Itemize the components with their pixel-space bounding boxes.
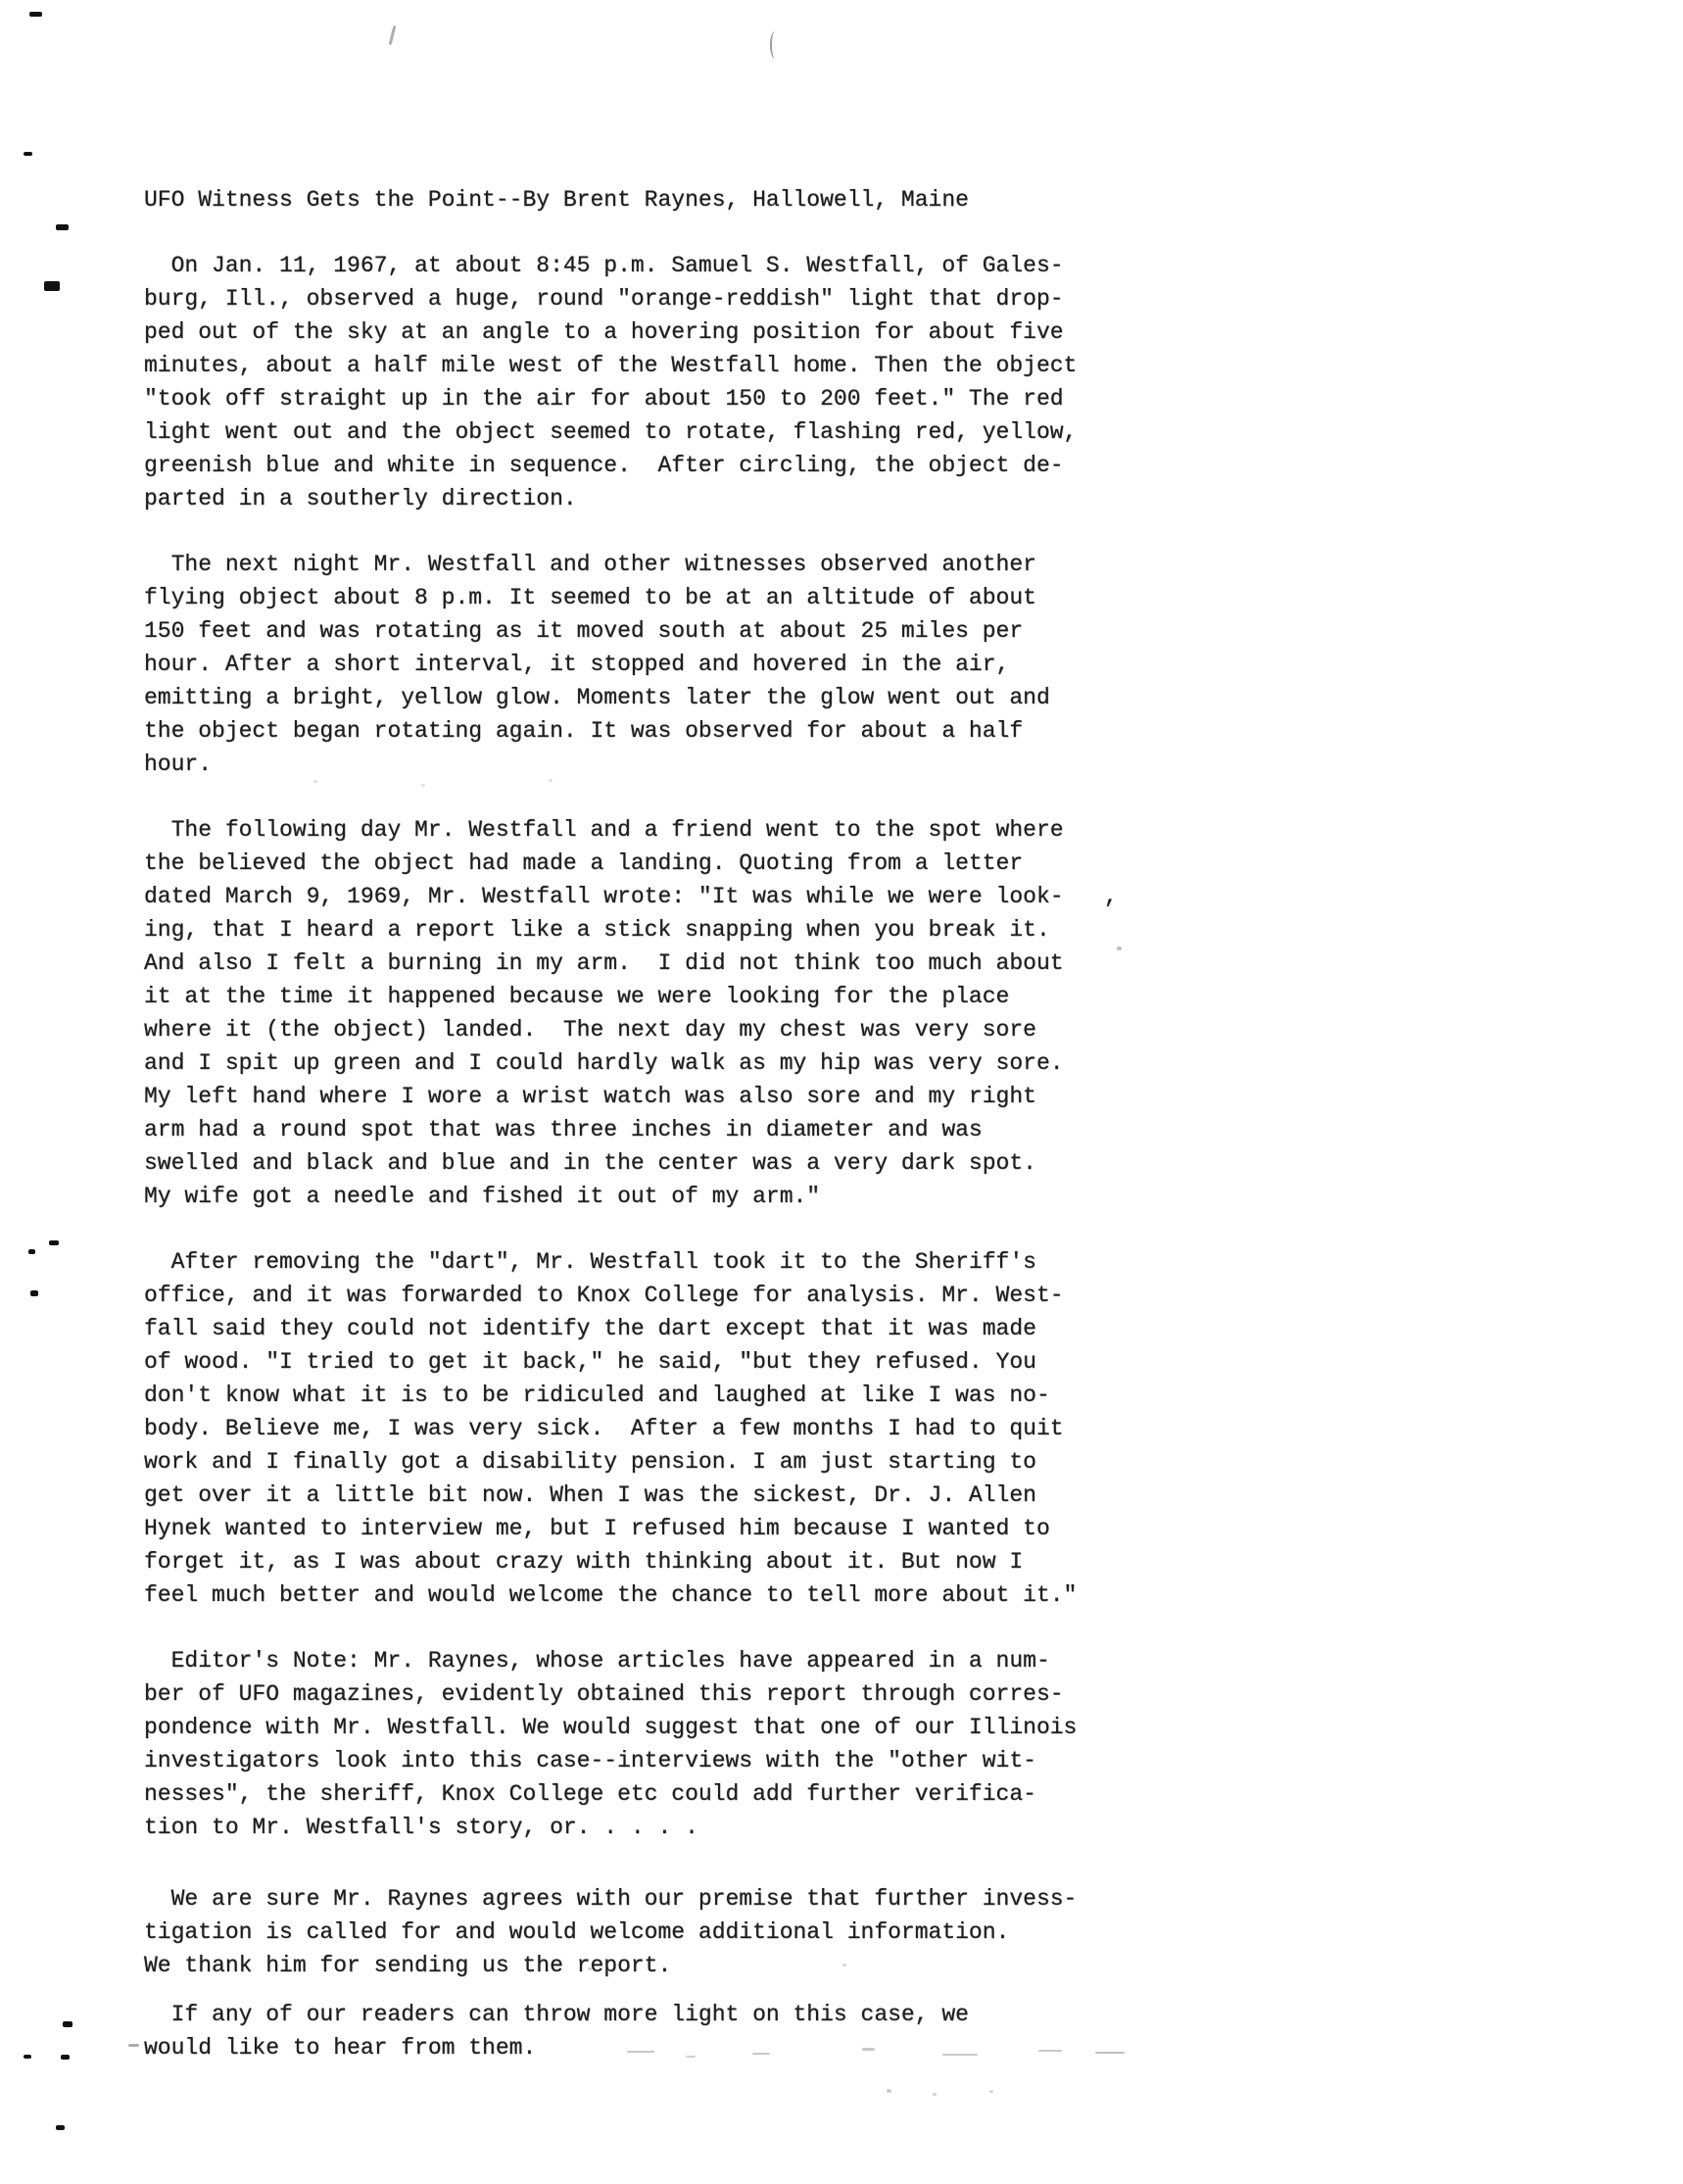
- scanned-document-page: UFO Witness Gets the Point--By Brent Ray…: [0, 0, 1683, 2184]
- scan-artifact: [627, 2051, 654, 2053]
- paragraph-7: If any of our readers can throw more lig…: [144, 1998, 1182, 2064]
- scan-artifact: [862, 2048, 875, 2051]
- scan-artifact: [49, 1240, 59, 1245]
- scan-artifact: [887, 2089, 891, 2093]
- paragraph-editors-note: Editor's Note: Mr. Raynes, whose article…: [144, 1644, 1182, 1844]
- scan-artifact: [933, 2093, 937, 2096]
- scan-artifact: [24, 152, 32, 156]
- scan-artifact: [29, 12, 42, 17]
- scan-artifact: [61, 2055, 70, 2060]
- scan-artifact: [63, 2021, 72, 2027]
- scan-artifact: [128, 2044, 139, 2047]
- scan-artifact: [770, 31, 780, 59]
- scan-artifact: [1095, 2052, 1125, 2054]
- scan-artifact: [421, 784, 425, 787]
- paragraph-4: After removing the "dart", Mr. Westfall …: [144, 1245, 1182, 1612]
- scan-artifact: [30, 1290, 38, 1296]
- scan-artifact: [549, 779, 553, 782]
- scan-artifact: [752, 2053, 770, 2055]
- scan-artifact: [842, 1964, 846, 1966]
- scan-artifact: [686, 2056, 696, 2058]
- scan-artifact: [313, 780, 317, 783]
- paragraph-2: The next night Mr. Westfall and other wi…: [144, 548, 1182, 781]
- scan-artifact: [56, 224, 69, 230]
- scan-artifact: [1117, 946, 1122, 950]
- scan-artifact: [28, 1249, 35, 1254]
- scan-artifact: [389, 25, 397, 45]
- scan-artifact: [44, 281, 60, 291]
- scan-artifact: [588, 1967, 592, 1970]
- scan-artifact: [1038, 2050, 1062, 2052]
- paragraph-3: The following day Mr. Westfall and a fri…: [144, 813, 1182, 1213]
- paragraph-1: On Jan. 11, 1967, at about 8:45 p.m. Sam…: [144, 249, 1182, 515]
- document-text: UFO Witness Gets the Point--By Brent Ray…: [144, 183, 1182, 2064]
- scan-artifact: [989, 2090, 993, 2093]
- paragraph-6: We are sure Mr. Raynes agrees with our p…: [144, 1882, 1182, 1982]
- scan-artifact: [24, 2055, 31, 2059]
- scan-artifact: [942, 2054, 978, 2056]
- scan-artifact: [56, 2125, 65, 2130]
- document-title: UFO Witness Gets the Point--By Brent Ray…: [144, 183, 1182, 217]
